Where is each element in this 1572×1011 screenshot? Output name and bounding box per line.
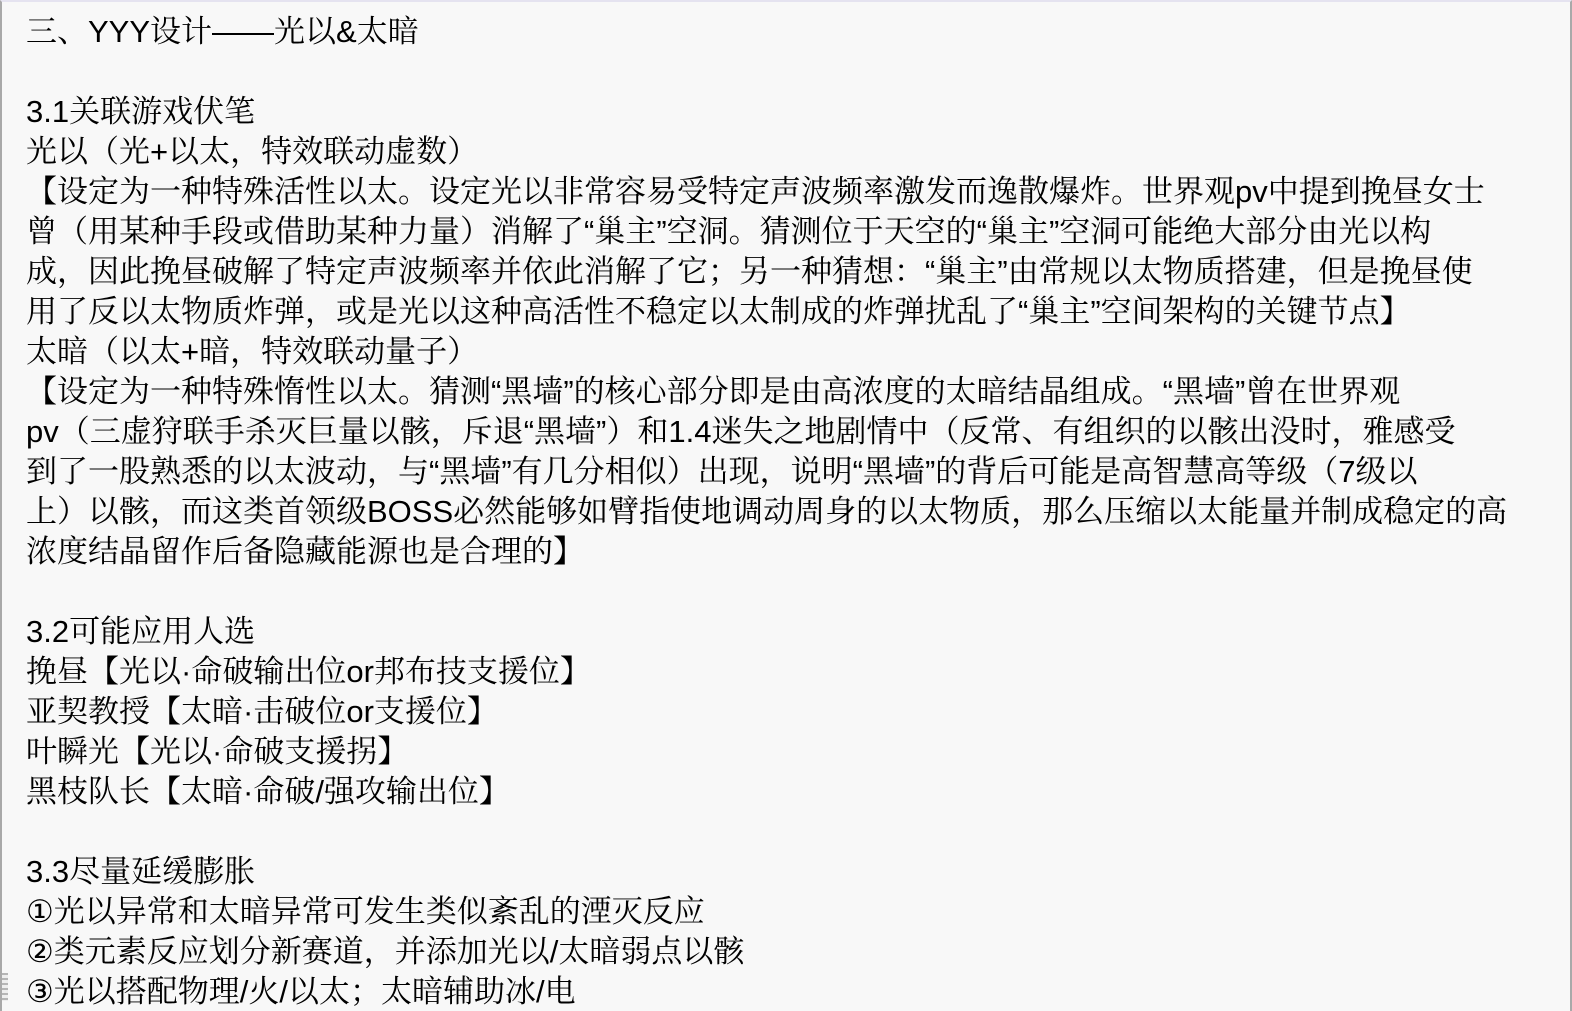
text-line: 太暗（以太+暗，特效联动量子） (26, 332, 1544, 372)
text-line: 浓度结晶留作后备隐藏能源也是合理的】 (26, 532, 1544, 572)
text-line: 曾（用某种手段或借助某种力量）消解了“巢主”空洞。猜测位于天空的“巢主”空洞可能… (26, 212, 1544, 252)
text-line (26, 572, 1544, 612)
text-line: 【设定为一种特殊惰性以太。猜测“黑墙”的核心部分即是由高浓度的太暗结晶组成。“黑… (26, 372, 1544, 412)
text-line: 三、YYY设计——光以&太暗 (26, 12, 1544, 52)
text-line: 挽昼【光以·命破输出位or邦布技支援位】 (26, 652, 1544, 692)
text-line: 光以（光+以太，特效联动虚数） (26, 132, 1544, 172)
left-edge-scroll-grip[interactable] (2, 973, 8, 1001)
text-line (26, 812, 1544, 852)
text-line: 成，因此挽昼破解了特定声波频率并依此消解了它；另一种猜想：“巢主”由常规以太物质… (26, 252, 1544, 292)
text-line: 上）以骸，而这类首领级BOSS必然能够如臂指使地调动周身的以太物质，那么压缩以太… (26, 492, 1544, 532)
document-page: 三、YYY设计——光以&太暗3.1关联游戏伏笔光以（光+以太，特效联动虚数）【设… (0, 0, 1572, 1011)
text-line: 3.3尽量延缓膨胀 (26, 852, 1544, 892)
text-line: 3.2可能应用人选 (26, 612, 1544, 652)
text-line: 到了一股熟悉的以太波动，与“黑墙”有几分相似）出现，说明“黑墙”的背后可能是高智… (26, 452, 1544, 492)
text-line (26, 52, 1544, 92)
text-line: 亚契教授【太暗·击破位or支援位】 (26, 692, 1544, 732)
text-line: ③光以搭配物理/火/以太；太暗辅助冰/电 (26, 972, 1544, 1011)
text-line: 3.1关联游戏伏笔 (26, 92, 1544, 132)
text-line: ②类元素反应划分新赛道，并添加光以/太暗弱点以骸 (26, 932, 1544, 972)
text-line: 叶瞬光【光以·命破支援拐】 (26, 732, 1544, 772)
text-line: ①光以异常和太暗异常可发生类似紊乱的湮灭反应 (26, 892, 1544, 932)
text-line: 用了反以太物质炸弹，或是光以这种高活性不稳定以太制成的炸弹扰乱了“巢主”空间架构… (26, 292, 1544, 332)
text-line: 黑枝队长【太暗·命破/强攻输出位】 (26, 772, 1544, 812)
text-line: 【设定为一种特殊活性以太。设定光以非常容易受特定声波频率激发而逸散爆炸。世界观p… (26, 172, 1544, 212)
text-line: pv（三虚狩联手杀灭巨量以骸，斥退“黑墙”）和1.4迷失之地剧情中（反常、有组织… (26, 412, 1544, 452)
document-body: 三、YYY设计——光以&太暗3.1关联游戏伏笔光以（光+以太，特效联动虚数）【设… (26, 12, 1544, 1011)
